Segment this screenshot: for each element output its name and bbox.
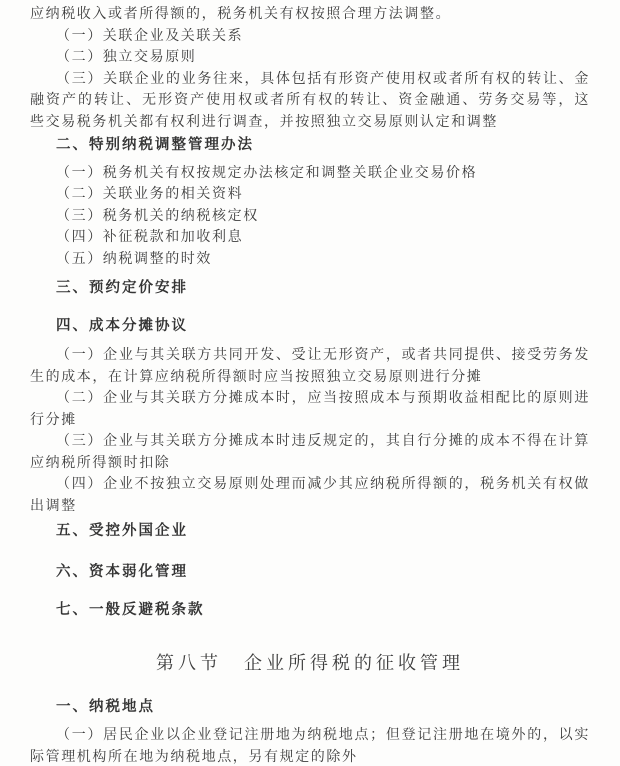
heading-special-tax-adjustment: 二、特别纳税调整管理办法 <box>56 135 590 157</box>
paragraph: （四）企业不按独立交易原则处理而减少其应纳税所得额的，税务机关有权做出调整 <box>30 474 590 517</box>
list-item: （一）关联企业及关联关系 <box>30 26 590 48</box>
paragraph-continuation: 应纳税收入或者所得额的，税务机关有权按照合理方法调整。 <box>30 4 590 26</box>
list-item: （三）税务机关的纳税核定权 <box>30 206 590 228</box>
paragraph: （二）企业与其关联方分摊成本时，应当按照成本与预期收益相配比的原则进行分摊 <box>30 388 590 431</box>
paragraph: （一）企业与其关联方共同开发、受让无形资产，或者共同提供、接受劳务发生的成本，在… <box>30 345 590 388</box>
list-item: （二）关联业务的相关资料 <box>30 184 590 206</box>
heading-tax-payment-location: 一、纳税地点 <box>56 697 590 719</box>
heading-cost-sharing-agreement: 四、成本分摊协议 <box>56 316 590 338</box>
paragraph: （三）关联企业的业务往来，具体包括有形资产使用权或者所有权的转让、金融资产的转让… <box>30 69 590 134</box>
section-title: 第八节 企业所得税的征收管理 <box>30 651 590 675</box>
heading-general-anti-avoidance: 七、一般反避税条款 <box>56 600 590 622</box>
paragraph: （一）居民企业以企业登记注册地为纳税地点；但登记注册地在境外的，以实际管理机构所… <box>30 725 590 766</box>
heading-advance-pricing-arrangement: 三、预约定价安排 <box>56 278 590 300</box>
document-page: 应纳税收入或者所得额的，税务机关有权按照合理方法调整。 （一）关联企业及关联关系… <box>0 0 620 766</box>
heading-thin-capitalization: 六、资本弱化管理 <box>56 562 590 584</box>
list-item: （二）独立交易原则 <box>30 47 590 69</box>
list-item: （五）纳税调整的时效 <box>30 249 590 271</box>
heading-controlled-foreign-company: 五、受控外国企业 <box>56 521 590 543</box>
list-item: （一）税务机关有权按规定办法核定和调整关联企业交易价格 <box>30 163 590 185</box>
paragraph: （三）企业与其关联方分摊成本时违反规定的，其自行分摊的成本不得在计算应纳税所得额… <box>30 431 590 474</box>
list-item: （四）补征税款和加收利息 <box>30 227 590 249</box>
